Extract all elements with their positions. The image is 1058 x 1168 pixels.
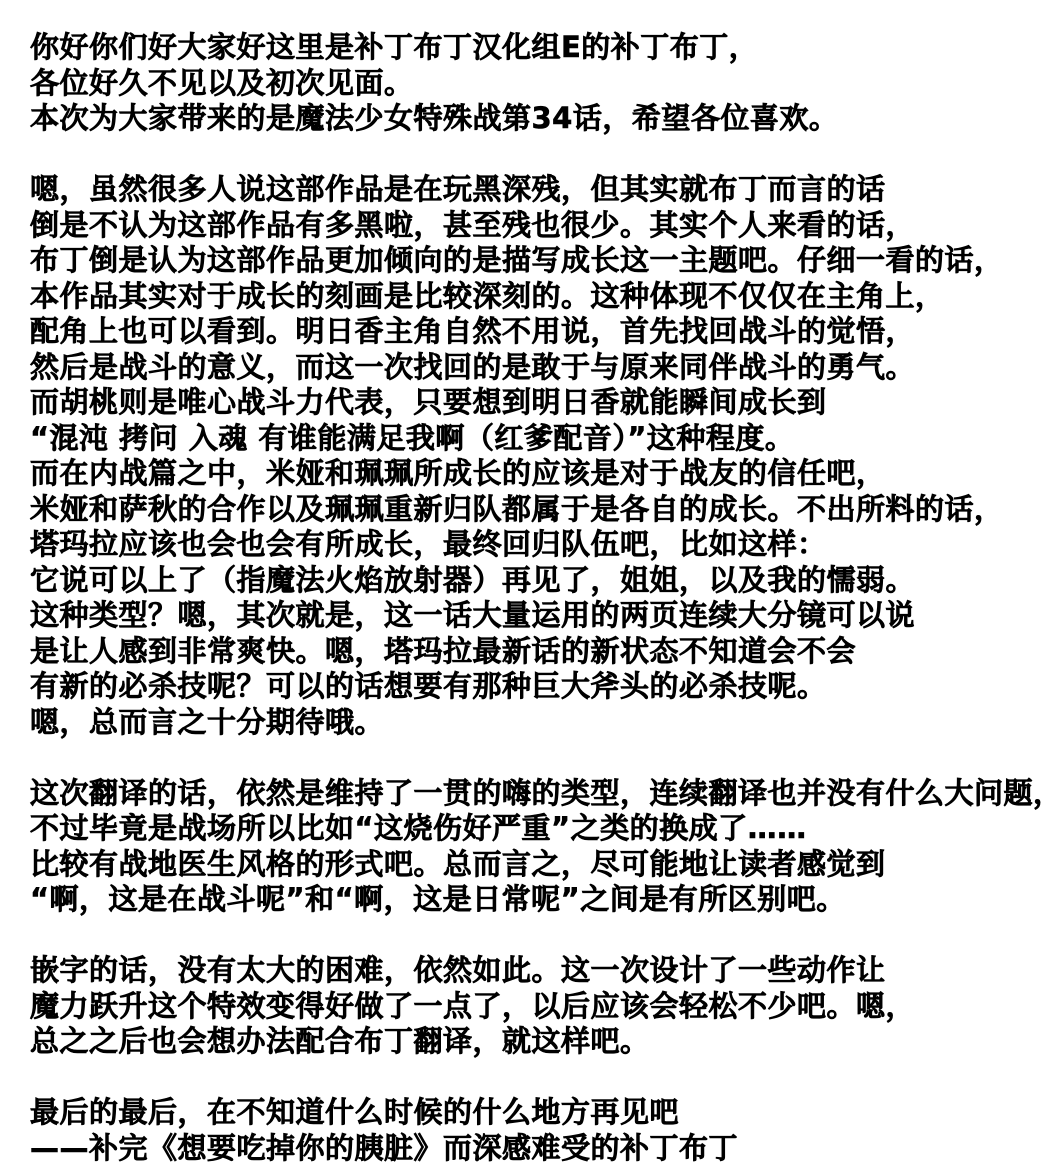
text-line: 塔玛拉应该也会也会有所成长，最终回归队伍吧，比如这样： [30,527,1040,563]
text-line: 而胡桃则是唯心战斗力代表，只要想到明日香就能瞬间成长到 [30,385,1040,421]
text-line: 倒是不认为这部作品有多黑啦，甚至残也很少。其实个人来看的话， [30,208,1040,244]
text-line: 嵌字的话，没有太大的困难，依然如此。这一次设计了一些动作让 [30,953,1040,989]
text-line: 不过毕竟是战场所以比如“这烧伤好严重”之类的换成了…… [30,811,1040,847]
text-line: “混沌 拷问 入魂 有谁能满足我啊（红爹配音）”这种程度。 [30,421,1040,457]
text-line: 然后是战斗的意义，而这一次找回的是敢于与原来同伴战斗的勇气。 [30,350,1040,386]
text-line: 魔力跃升这个特效变得好做了一点了，以后应该会轻松不少吧。嗯， [30,989,1040,1025]
text-line: 配角上也可以看到。明日香主角自然不用说，首先找回战斗的觉悟， [30,314,1040,350]
text-line: 这次翻译的话，依然是维持了一贯的嗨的类型，连续翻译也并没有什么大问题， [30,776,1040,812]
afterword-page: 你好你们好大家好这里是补丁布丁汉化组E的补丁布丁， 各位好久不见以及初次见面。 … [0,0,1058,1168]
text-line: 嗯，总而言之十分期待哦。 [30,705,1040,741]
text-line: 而在内战篇之中，米娅和珮珮所成长的应该是对于战友的信任吧， [30,456,1040,492]
signature-line: ——补完《想要吃掉你的胰脏》而深感难受的补丁布丁 [30,1131,1040,1167]
text-line: 最后的最后，在不知道什么时候的什么地方再见吧 [30,1095,1040,1131]
paragraph-translation-notes: 这次翻译的话，依然是维持了一贯的嗨的类型，连续翻译也并没有什么大问题， 不过毕竟… [30,776,1040,918]
paragraph-commentary: 嗯，虽然很多人说这部作品是在玩黑深残，但其实就布丁而言的话 倒是不认为这部作品有… [30,172,1040,740]
text-line: 这种类型？嗯，其次就是，这一话大量运用的两页连续大分镜可以说 [30,598,1040,634]
text-line: “啊，这是在战斗呢”和“啊，这是日常呢”之间是有所区别吧。 [30,882,1040,918]
text-line: 本次为大家带来的是魔法少女特殊战第34话，希望各位喜欢。 [30,101,1040,137]
paragraph-greeting: 你好你们好大家好这里是补丁布丁汉化组E的补丁布丁， 各位好久不见以及初次见面。 … [30,30,1040,137]
text-line: 本作品其实对于成长的刻画是比较深刻的。这种体现不仅仅在主角上， [30,279,1040,315]
text-line: 米娅和萨秋的合作以及珮珮重新归队都属于是各自的成长。不出所料的话， [30,492,1040,528]
text-line: 它说可以上了（指魔法火焰放射器）再见了，姐姐，以及我的懦弱。 [30,563,1040,599]
text-line: 各位好久不见以及初次见面。 [30,66,1040,102]
paragraph-typesetting-notes: 嵌字的话，没有太大的困难，依然如此。这一次设计了一些动作让 魔力跃升这个特效变得… [30,953,1040,1060]
text-line: 是让人感到非常爽快。嗯，塔玛拉最新话的新状态不知道会不会 [30,634,1040,670]
text-line: 你好你们好大家好这里是补丁布丁汉化组E的补丁布丁， [30,30,1040,66]
text-line: 总之之后也会想办法配合布丁翻译，就这样吧。 [30,1024,1040,1060]
text-line: 有新的必杀技呢？可以的话想要有那种巨大斧头的必杀技呢。 [30,669,1040,705]
text-line: 嗯，虽然很多人说这部作品是在玩黑深残，但其实就布丁而言的话 [30,172,1040,208]
text-line: 布丁倒是认为这部作品更加倾向的是描写成长这一主题吧。仔细一看的话， [30,243,1040,279]
paragraph-signoff: 最后的最后，在不知道什么时候的什么地方再见吧 ——补完《想要吃掉你的胰脏》而深感… [30,1095,1040,1166]
text-line: 比较有战地医生风格的形式吧。总而言之，尽可能地让读者感觉到 [30,847,1040,883]
